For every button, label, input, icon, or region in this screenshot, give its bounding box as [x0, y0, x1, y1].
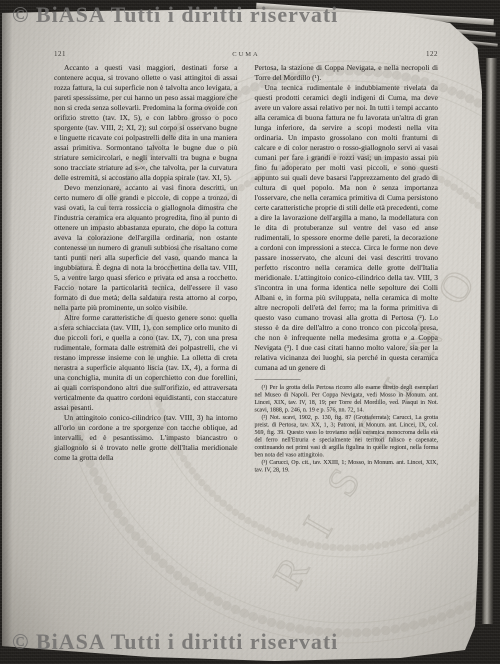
running-header: 121 CUMA 122 — [54, 50, 438, 59]
running-title: CUMA — [232, 50, 260, 58]
printed-content: 121 CUMA 122 Accanto a questi vasi maggi… — [54, 50, 440, 474]
right-page-number: 122 — [426, 51, 438, 59]
paragraph: Pertosa, la stazione di Coppa Nevigata, … — [255, 63, 439, 83]
paragraph: Un attingitoio conico-cilindrico (tav. V… — [54, 413, 238, 463]
scanned-book-page: { "watermark": { "notice": "© BiASA Tutt… — [0, 0, 500, 664]
footnote: (²) Not. scavi, 1902, p. 130, fig. 87 (G… — [255, 414, 439, 459]
paper-page: R I S T I N O · C 121 CUMA 122 Accanto a… — [0, 0, 500, 664]
text-columns: Accanto a questi vasi maggiori, destinat… — [54, 63, 438, 474]
paragraph: Devo menzionare, accanto ai vasi finora … — [54, 183, 238, 313]
book-fore-edge — [482, 58, 497, 624]
paragraph: Accanto a questi vasi maggiori, destinat… — [54, 63, 238, 183]
footnote-separator — [255, 379, 301, 380]
footnote: (¹) Per la grotta della Pertosa ricorro … — [255, 384, 439, 414]
left-page-number: 121 — [54, 51, 66, 59]
right-column: Pertosa, la stazione di Coppa Nevigata, … — [255, 63, 439, 474]
paragraph: Una tecnica rudimentale è indubbiamente … — [255, 83, 439, 373]
paragraph: Altre forme caratteristiche di questo ge… — [54, 313, 238, 413]
left-column: Accanto a questi vasi maggiori, destinat… — [54, 63, 238, 474]
footnotes: (¹) Per la grotta della Pertosa ricorro … — [255, 384, 439, 474]
footnote: (³) Carucci, Op. cit., tav. XXIII, 1; Mo… — [255, 459, 439, 474]
